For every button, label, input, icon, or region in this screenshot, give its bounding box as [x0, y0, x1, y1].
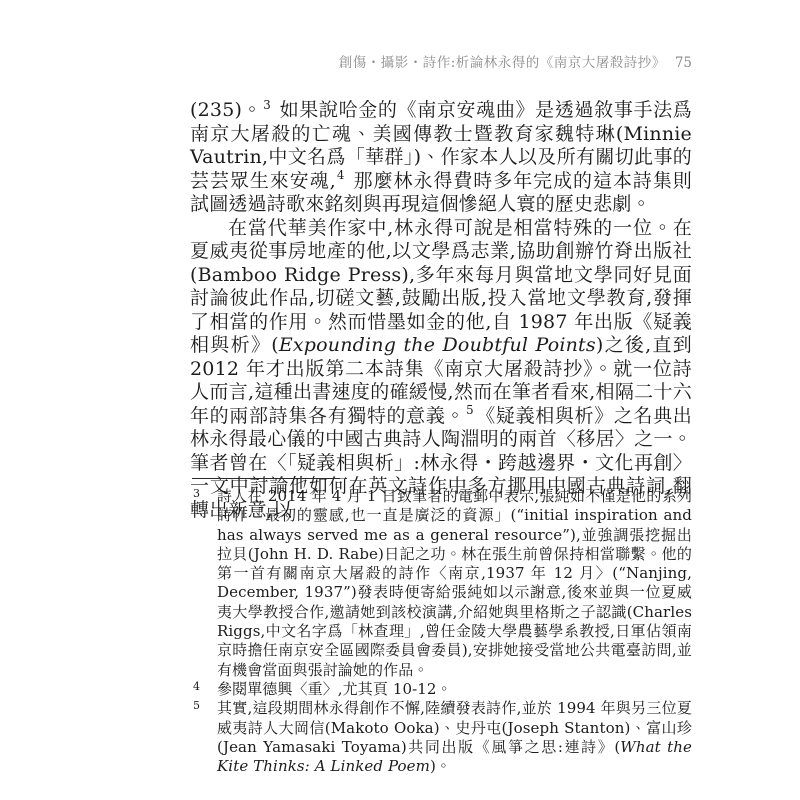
footnotes-section: 3 詩人在 2014 年 4 月 1 日致筆者的電郵中表示,張純如不僅是他的系列…	[190, 487, 692, 776]
footnote-separator	[192, 478, 340, 479]
footnote: 5 其實,這段期間林永得創作不懈,陸續發表詩作,並於 1994 年與另三位夏威夷…	[190, 699, 692, 776]
scanned-page: 創傷・攝影・詩作:析論林永得的《南京大屠殺詩抄》75 (235)。3 如果說哈金…	[0, 0, 800, 800]
page-number: 75	[675, 55, 692, 71]
footnote-number: 4	[193, 677, 200, 696]
footnote-text: 詩人在 2014 年 4 月 1 日致筆者的電郵中表示,張純如不僅是他的系列詩作…	[217, 487, 692, 679]
paragraph: (235)。3 如果說哈金的《南京安魂曲》是透過敘事手法爲南京大屠殺的亡魂、美國…	[190, 99, 692, 217]
paragraph: 在當代華美作家中,林永得可說是相當特殊的一位。在夏威夷從事房地產的他,以文學爲志…	[190, 217, 692, 523]
running-header: 創傷・攝影・詩作:析論林永得的《南京大屠殺詩抄》75	[190, 54, 692, 72]
body-text: (235)。3 如果說哈金的《南京安魂曲》是透過敘事手法爲南京大屠殺的亡魂、美國…	[190, 99, 692, 522]
footnote: 4 參閱單德興〈重〉,尤其頁 10-12。	[190, 680, 692, 699]
footnote: 3 詩人在 2014 年 4 月 1 日致筆者的電郵中表示,張純如不僅是他的系列…	[190, 487, 692, 680]
running-header-title: 創傷・攝影・詩作:析論林永得的《南京大屠殺詩抄》	[339, 55, 666, 71]
footnote-number: 5	[193, 696, 200, 715]
footnote-text: 參閱單德興〈重〉,尤其頁 10-12。	[217, 680, 452, 698]
footnote-text: 其實,這段期間林永得創作不懈,陸續發表詩作,並於 1994 年與另三位夏威夷詩人…	[217, 699, 692, 775]
footnote-number: 3	[193, 484, 200, 503]
